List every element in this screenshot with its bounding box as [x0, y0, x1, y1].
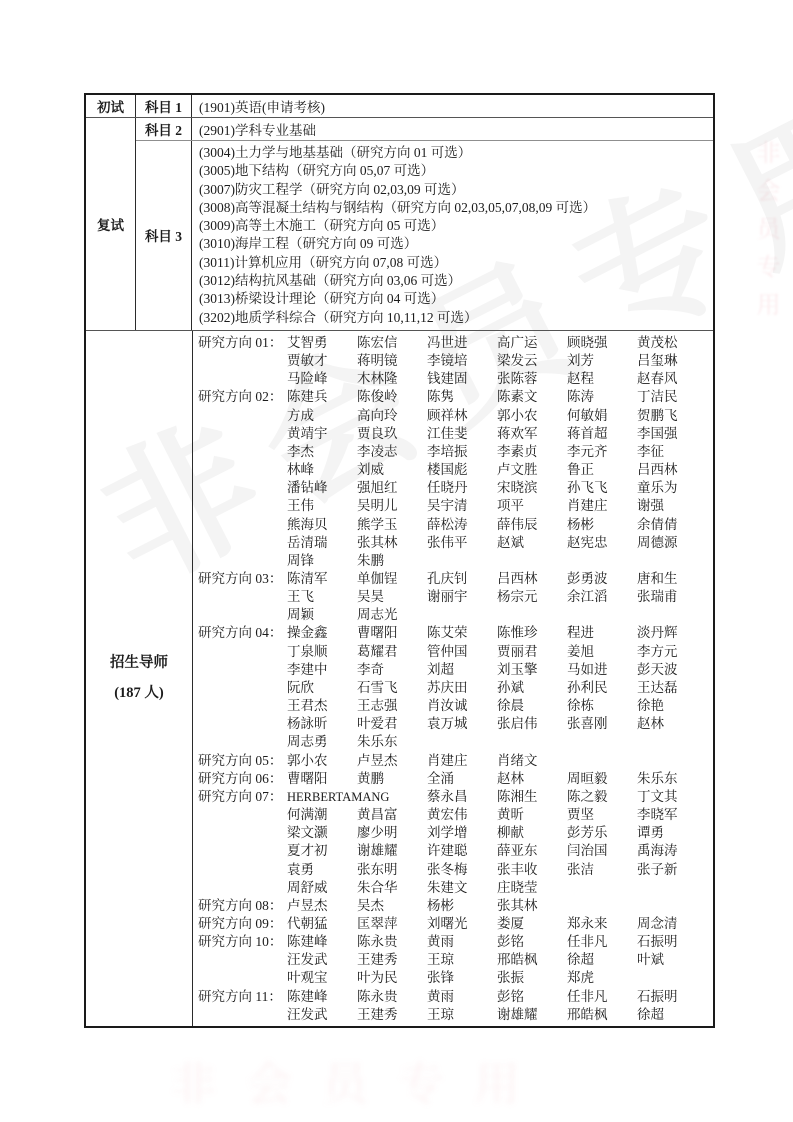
supervisor-name-row: 周颖周志光 — [287, 606, 713, 624]
subject1-label: 科目 1 — [136, 95, 192, 117]
supervisor-name: 张洁 — [567, 861, 637, 879]
subject3-item: (3005)地下结构（研究方向 05,07 可选） — [199, 162, 596, 180]
research-direction: 研究方向 10：陈建峰陈永贵黄雨彭铭任非凡石振明汪发武王建秀王琼邢皓枫徐超叶斌叶… — [198, 933, 713, 987]
supervisor-name: 薛亚东 — [497, 842, 567, 860]
supervisor-name: 朱建文 — [427, 879, 497, 897]
supervisor-name: 石振明 — [637, 933, 707, 951]
supervisor-name: 张瑞甫 — [637, 588, 707, 606]
supervisor-name: 陈之毅 — [567, 788, 637, 806]
supervisor-name: 江佳斐 — [427, 425, 497, 443]
research-direction-label: 研究方向 11： — [198, 988, 287, 1006]
research-direction: 研究方向 03：陈清军单伽锃孔庆钊吕西林彭勇波唐和生王飞吴昊谢丽宇杨宗元余江滔张… — [198, 570, 713, 624]
supervisor-name-row: 岳清瑞张其林张伟平赵斌赵宪忠周德源 — [287, 534, 713, 552]
supervisor-name: 卢文胜 — [497, 461, 567, 479]
research-direction-label: 研究方向 09： — [198, 915, 287, 933]
supervisor-name: 肖汝诚 — [427, 697, 497, 715]
supervisor-name: 郑虎 — [567, 969, 637, 987]
supervisor-name: 李镜培 — [427, 352, 497, 370]
supervisor-name: 李国强 — [637, 425, 707, 443]
supervisor-name: 庄晓莹 — [497, 879, 567, 897]
supervisor-name: 黄靖宇 — [287, 425, 357, 443]
supervisor-name: 陈涛 — [567, 388, 637, 406]
supervisor-name: 邢皓枫 — [497, 951, 567, 969]
supervisor-name: 孙斌 — [497, 679, 567, 697]
supervisor-name-row: 黄靖宇贾良玖江佳斐蒋欢军蒋首超李国强 — [287, 425, 713, 443]
subject3-item: (3010)海岸工程（研究方向 09 可选） — [199, 235, 596, 253]
subject3-item: (3004)土力学与地基基础（研究方向 01 可选） — [199, 144, 596, 162]
supervisor-name-row: 陈清军单伽锃孔庆钊吕西林彭勇波唐和生 — [287, 570, 713, 588]
supervisor-name: 吴明儿 — [357, 497, 427, 515]
research-direction-label: 研究方向 04： — [198, 624, 287, 642]
supervisor-name-row: 艾智勇陈宏信冯世进高广运顾晓强黄茂松 — [287, 334, 713, 352]
supervisor-name: 汪发武 — [287, 1006, 357, 1024]
supervisor-name: 熊海贝 — [287, 516, 357, 534]
supervisor-name: 周锋 — [287, 552, 357, 570]
supervisor-name: 陈清军 — [287, 570, 357, 588]
supervisor-name: 郭小农 — [497, 407, 567, 425]
supervisor-name-row: 操金鑫曹曙阳陈艾荣陈惟珍程进淡丹辉 — [287, 624, 713, 642]
supervisor-name: 项平 — [497, 497, 567, 515]
supervisor-name: 熊学玉 — [357, 516, 427, 534]
supervisor-name: 娄厦 — [497, 915, 567, 933]
supervisor-name: 张丰收 — [497, 861, 567, 879]
supervisor-name: 赵春风 — [637, 370, 707, 388]
supervisor-name: 贾坚 — [567, 806, 637, 824]
supervisor-name: 任非凡 — [567, 988, 637, 1006]
supervisor-name: 程进 — [567, 624, 637, 642]
supervisor-name-row: 卢昱杰吴杰杨彬张其林 — [287, 897, 713, 915]
supervisor-name: 叶爱君 — [357, 715, 427, 733]
supervisor-name: 卢昱杰 — [287, 897, 357, 915]
supervisor-name: 吕西林 — [637, 461, 707, 479]
supervisor-name: 蒋首超 — [567, 425, 637, 443]
supervisor-name: 黄雨 — [427, 933, 497, 951]
supervisor-name: 彭天波 — [637, 661, 707, 679]
supervisor-name-row: 陈建峰陈永贵黄雨彭铭任非凡石振明 — [287, 933, 713, 951]
supervisor-name: 杨宗元 — [497, 588, 567, 606]
exam-subjects-table: 初试 科目 1 (1901)英语(申请考核) 复试 科目 2 (2901)学科专… — [84, 93, 715, 1028]
supervisor-name: 周舒威 — [287, 879, 357, 897]
supervisor-name: 陈惟珍 — [497, 624, 567, 642]
supervisor-name: 贺鹏飞 — [637, 407, 707, 425]
supervisor-name: 彭芳乐 — [567, 824, 637, 842]
supervisor-name: HERBERTAMANG — [287, 788, 427, 806]
supervisor-name: 顾祥林 — [427, 407, 497, 425]
supervisor-name-row: 郭小农卢昱杰肖建庄肖绪文 — [287, 752, 713, 770]
supervisor-name: 何满潮 — [287, 806, 357, 824]
subject3-item: (3011)计算机应用（研究方向 07,08 可选） — [199, 254, 596, 272]
supervisor-name: 石振明 — [637, 988, 707, 1006]
supervisor-name-row: 周志勇朱乐东 — [287, 733, 713, 751]
supervisor-name: 王飞 — [287, 588, 357, 606]
supervisor-name: 操金鑫 — [287, 624, 357, 642]
supervisor-name: 袁万城 — [427, 715, 497, 733]
supervisor-name: 黄雨 — [427, 988, 497, 1006]
supervisor-name: 柳献 — [497, 824, 567, 842]
supervisor-name: 谭勇 — [637, 824, 707, 842]
supervisor-name-row: 李杰李凌志李培振李素贞李元齐李征 — [287, 443, 713, 461]
supervisor-name: 管仲国 — [427, 643, 497, 661]
supervisor-name: 王达磊 — [637, 679, 707, 697]
supervisor-name: 张伟平 — [427, 534, 497, 552]
research-direction: 研究方向 06：曹曙阳黄鹏全涌赵林周晅毅朱乐东 — [198, 770, 713, 788]
supervisor-name: 梁文灏 — [287, 824, 357, 842]
supervisor-name: 曹曙阳 — [357, 624, 427, 642]
supervisor-name: 任晓丹 — [427, 479, 497, 497]
supervisor-name-row: 王飞吴昊谢丽宇杨宗元余江滔张瑞甫 — [287, 588, 713, 606]
supervisor-name: 卢昱杰 — [357, 752, 427, 770]
supervisor-name: 周志勇 — [287, 733, 357, 751]
supervisor-name: 李培振 — [427, 443, 497, 461]
supervisor-name: 王琼 — [427, 951, 497, 969]
subject3-item: (3008)高等混凝土结构与钢结构（研究方向 02,03,05,07,08,09… — [199, 199, 596, 217]
supervisor-name: 贾敏才 — [287, 352, 357, 370]
supervisor-name: 陈宏信 — [357, 334, 427, 352]
supervisor-name: 肖建庄 — [567, 497, 637, 515]
supervisor-name: 木林隆 — [357, 370, 427, 388]
supervisor-name: 蒋欢军 — [497, 425, 567, 443]
supervisor-name-row: 马险峰木林隆钱建固张陈蓉赵程赵春风 — [287, 370, 713, 388]
supervisor-name: 徐艳 — [637, 697, 707, 715]
supervisor-name: 刘超 — [427, 661, 497, 679]
supervisor-name: 王伟 — [287, 497, 357, 515]
reexam-label: 复试 — [86, 118, 136, 330]
supervisor-name: 赵斌 — [497, 534, 567, 552]
supervisor-name: 廖少明 — [357, 824, 427, 842]
supervisor-name: 刘玉擎 — [497, 661, 567, 679]
research-direction-label: 研究方向 10： — [198, 933, 287, 951]
supervisor-name: 曹曙阳 — [287, 770, 357, 788]
supervisor-name: 苏庆田 — [427, 679, 497, 697]
supervisor-name-row: 王君杰王志强肖汝诚徐晨徐栋徐艳 — [287, 697, 713, 715]
supervisor-name: 朱合华 — [357, 879, 427, 897]
supervisor-name: 陈隽 — [427, 388, 497, 406]
supervisor-name: 叶为民 — [357, 969, 427, 987]
supervisor-name: 丁文其 — [637, 788, 707, 806]
supervisor-name: 李杰 — [287, 443, 357, 461]
supervisor-name: 陈素文 — [497, 388, 567, 406]
supervisor-name: 周晅毅 — [567, 770, 637, 788]
supervisor-name: 马险峰 — [287, 370, 357, 388]
supervisor-name: 刘曙光 — [427, 915, 497, 933]
supervisor-name: 楼国彪 — [427, 461, 497, 479]
supervisor-name: 杨彬 — [567, 516, 637, 534]
supervisor-name: 代朝猛 — [287, 915, 357, 933]
supervisor-name: 艾智勇 — [287, 334, 357, 352]
subject3-item: (3007)防灾工程学（研究方向 02,03,09 可选） — [199, 181, 596, 199]
supervisor-name: 方成 — [287, 407, 357, 425]
supervisor-name: 徐栋 — [567, 697, 637, 715]
supervisor-name: 陈湘生 — [497, 788, 567, 806]
supervisor-name: 吴宇清 — [427, 497, 497, 515]
supervisor-name: 周志光 — [357, 606, 427, 624]
supervisor-name: 朱乐东 — [357, 733, 427, 751]
subject1-content: (1901)英语(申请考核) — [192, 95, 713, 117]
supervisor-name: 鲁正 — [567, 461, 637, 479]
supervisor-name: 谢雄耀 — [497, 1006, 567, 1024]
supervisor-name: 陈永贵 — [357, 933, 427, 951]
supervisor-name: 淡丹辉 — [637, 624, 707, 642]
supervisor-name: 肖建庄 — [427, 752, 497, 770]
research-direction-label: 研究方向 07： — [198, 788, 287, 806]
supervisor-name: 黄茂松 — [637, 334, 707, 352]
research-direction: 研究方向 04：操金鑫曹曙阳陈艾荣陈惟珍程进淡丹辉丁泉顺葛耀君管仲国贾丽君姜旭李… — [198, 624, 713, 751]
supervisor-name: 徐超 — [637, 1006, 707, 1024]
subject3-item: (3012)结构抗风基础（研究方向 03,06 可选） — [199, 272, 596, 290]
supervisor-name: 许建聪 — [427, 842, 497, 860]
supervisor-name: 陈俊岭 — [357, 388, 427, 406]
supervisor-name: 岳清瑞 — [287, 534, 357, 552]
supervisor-name: 叶斌 — [637, 951, 707, 969]
supervisor-name: 王志强 — [357, 697, 427, 715]
supervisor-name-row: 梁文灏廖少明刘学增柳献彭芳乐谭勇 — [287, 824, 713, 842]
supervisor-name: 郑永来 — [567, 915, 637, 933]
supervisor-name-row: 代朝猛匡翠萍刘曙光娄厦郑永来周念清 — [287, 915, 713, 933]
supervisor-name-row: 阮欣石雪飞苏庆田孙斌孙利民王达磊 — [287, 679, 713, 697]
supervisor-name-row: 叶观宝叶为民张锋张振郑虎 — [287, 969, 713, 987]
supervisor-name: 阮欣 — [287, 679, 357, 697]
supervisors-count: (187 人) — [114, 678, 164, 708]
supervisor-name: 郭小农 — [287, 752, 357, 770]
initial-exam-label: 初试 — [86, 95, 136, 117]
supervisor-name-row: 丁泉顺葛耀君管仲国贾丽君姜旭李方元 — [287, 643, 713, 661]
supervisor-name: 周念清 — [637, 915, 707, 933]
supervisor-name: 王建秀 — [357, 1006, 427, 1024]
supervisor-name: 吴杰 — [357, 897, 427, 915]
supervisor-name: 赵宪忠 — [567, 534, 637, 552]
research-direction: 研究方向 08：卢昱杰吴杰杨彬张其林 — [198, 897, 713, 915]
supervisor-name-row: 袁勇张东明张冬梅张丰收张洁张子新 — [287, 861, 713, 879]
supervisor-name-row: 王伟吴明儿吴宇清项平肖建庄谢强 — [287, 497, 713, 515]
supervisor-name-row: 林峰刘威楼国彪卢文胜鲁正吕西林 — [287, 461, 713, 479]
research-direction: 研究方向 05：郭小农卢昱杰肖建庄肖绪文 — [198, 752, 713, 770]
research-direction: 研究方向 01：艾智勇陈宏信冯世进高广运顾晓强黄茂松贾敏才蒋明镜李镜培梁发云刘芳… — [198, 334, 713, 388]
supervisor-name: 高向玲 — [357, 407, 427, 425]
supervisor-name: 陈建兵 — [287, 388, 357, 406]
supervisor-name: 贾丽君 — [497, 643, 567, 661]
supervisor-name: 黄鹏 — [357, 770, 427, 788]
supervisor-name: 朱乐东 — [637, 770, 707, 788]
supervisor-name: 刘威 — [357, 461, 427, 479]
supervisor-name-row: 方成高向玲顾祥林郭小农何敏娟贺鹏飞 — [287, 407, 713, 425]
research-direction: 研究方向 09：代朝猛匡翠萍刘曙光娄厦郑永来周念清 — [198, 915, 713, 933]
row-supervisors: 招生导师 (187 人) 研究方向 01：艾智勇陈宏信冯世进高广运顾晓强黄茂松贾… — [86, 331, 713, 1026]
supervisor-name: 孙飞飞 — [567, 479, 637, 497]
supervisor-name: 蒋明镜 — [357, 352, 427, 370]
supervisor-name: 周颖 — [287, 606, 357, 624]
supervisor-name-row: 何满潮黄昌富黄宏伟黄昕贾坚李晓军 — [287, 806, 713, 824]
supervisor-name: 张东明 — [357, 861, 427, 879]
supervisor-name: 闫治国 — [567, 842, 637, 860]
supervisor-name: 吕玺琳 — [637, 352, 707, 370]
supervisor-name: 王建秀 — [357, 951, 427, 969]
subject3-item: (3202)地质学科综合（研究方向 10,11,12 可选） — [199, 309, 596, 327]
supervisor-name: 赵林 — [497, 770, 567, 788]
supervisor-name: 任非凡 — [567, 933, 637, 951]
supervisor-name: 林峰 — [287, 461, 357, 479]
supervisor-name: 谢强 — [637, 497, 707, 515]
supervisor-name-row: 潘钻峰强旭红任晓丹宋晓滨孙飞飞童乐为 — [287, 479, 713, 497]
supervisor-name: 赵林 — [637, 715, 707, 733]
supervisor-name: 李凌志 — [357, 443, 427, 461]
subject3-label: 科目 3 — [136, 141, 192, 330]
supervisor-name-row: 陈建峰陈永贵黄雨彭铭任非凡石振明 — [287, 988, 713, 1006]
row-subject2: 科目 2 (2901)学科专业基础 — [136, 118, 713, 141]
supervisor-name: 夏才初 — [287, 842, 357, 860]
supervisor-name: 谢雄耀 — [357, 842, 427, 860]
supervisor-name: 高广运 — [497, 334, 567, 352]
supervisor-name: 张其林 — [497, 897, 567, 915]
research-direction-label: 研究方向 06： — [198, 770, 287, 788]
supervisor-name: 张锋 — [427, 969, 497, 987]
supervisor-name: 贾良玖 — [357, 425, 427, 443]
subject2-content: (2901)学科专业基础 — [192, 118, 713, 140]
supervisor-name-row: 汪发武王建秀王琼谢雄耀邢皓枫徐超 — [287, 1006, 713, 1024]
supervisor-name: 李素贞 — [497, 443, 567, 461]
subject3-item: (3009)高等土木施工（研究方向 05 可选） — [199, 217, 596, 235]
supervisor-name-row: 周锋朱鹏 — [287, 552, 713, 570]
supervisor-name: 余江滔 — [567, 588, 637, 606]
supervisor-name: 童乐为 — [637, 479, 707, 497]
supervisor-name-row: 熊海贝熊学玉薛松涛薛伟辰杨彬余倩倩 — [287, 516, 713, 534]
supervisor-name: 丁洁民 — [637, 388, 707, 406]
supervisor-name: 李元齐 — [567, 443, 637, 461]
supervisor-name: 余倩倩 — [637, 516, 707, 534]
research-direction-label: 研究方向 02： — [198, 388, 287, 406]
supervisor-name-row: 汪发武王建秀王琼邢皓枫徐超叶斌 — [287, 951, 713, 969]
supervisor-name: 彭铭 — [497, 933, 567, 951]
supervisor-name: 徐超 — [567, 951, 637, 969]
research-direction: 研究方向 11：陈建峰陈永贵黄雨彭铭任非凡石振明汪发武王建秀王琼谢雄耀邢皓枫徐超 — [198, 988, 713, 1024]
research-direction: 研究方向 07：HERBERTAMANG蔡永昌陈湘生陈之毅丁文其何满潮黄昌富黄宏… — [198, 788, 713, 897]
document-page: 非会员专用 非会员专用 非会员专用 初试 科目 1 (1901)英语(申请考核)… — [0, 0, 793, 1122]
supervisor-name: 赵程 — [567, 370, 637, 388]
supervisor-name: 全涌 — [427, 770, 497, 788]
supervisor-name: 张陈蓉 — [497, 370, 567, 388]
supervisor-name: 吴昊 — [357, 588, 427, 606]
supervisor-name: 钱建固 — [427, 370, 497, 388]
supervisors-label: 招生导师 (187 人) — [86, 331, 193, 1026]
supervisor-name: 张子新 — [637, 861, 707, 879]
supervisor-name: 李方元 — [637, 643, 707, 661]
supervisor-name: 丁泉顺 — [287, 643, 357, 661]
supervisor-name: 匡翠萍 — [357, 915, 427, 933]
supervisor-name: 陈建峰 — [287, 988, 357, 1006]
supervisor-name: 徐晨 — [497, 697, 567, 715]
supervisor-name: 张其林 — [357, 534, 427, 552]
supervisor-name-row: 陈建兵陈俊岭陈隽陈素文陈涛丁洁民 — [287, 388, 713, 406]
research-direction-label: 研究方向 01： — [198, 334, 287, 352]
supervisor-name: 马如进 — [567, 661, 637, 679]
research-directions-list: 研究方向 01：艾智勇陈宏信冯世进高广运顾晓强黄茂松贾敏才蒋明镜李镜培梁发云刘芳… — [193, 331, 713, 1026]
supervisor-name: 顾晓强 — [567, 334, 637, 352]
row-subject3: 科目 3 (3004)土力学与地基基础（研究方向 01 可选）(3005)地下结… — [136, 141, 713, 330]
supervisor-name: 陈艾荣 — [427, 624, 497, 642]
row-initial-exam: 初试 科目 1 (1901)英语(申请考核) — [86, 95, 713, 118]
supervisor-name: 石雪飞 — [357, 679, 427, 697]
supervisor-name-row: 周舒威朱合华朱建文庄晓莹 — [287, 879, 713, 897]
subject2-label: 科目 2 — [136, 118, 192, 140]
supervisor-name: 袁勇 — [287, 861, 357, 879]
supervisor-name-row: 杨詠昕叶爱君袁万城张启伟张喜刚赵林 — [287, 715, 713, 733]
supervisor-name: 杨彬 — [427, 897, 497, 915]
supervisor-name: 刘芳 — [567, 352, 637, 370]
supervisor-name: 王君杰 — [287, 697, 357, 715]
supervisor-name: 孔庆钊 — [427, 570, 497, 588]
supervisor-name: 张启伟 — [497, 715, 567, 733]
supervisor-name: 邢皓枫 — [567, 1006, 637, 1024]
supervisor-name: 宋晓滨 — [497, 479, 567, 497]
supervisor-name: 彭勇波 — [567, 570, 637, 588]
supervisor-name: 冯世进 — [427, 334, 497, 352]
subject3-item: (3013)桥梁设计理论（研究方向 04 可选） — [199, 290, 596, 308]
supervisor-name: 黄宏伟 — [427, 806, 497, 824]
supervisor-name: 强旭红 — [357, 479, 427, 497]
supervisor-name: 谢丽宇 — [427, 588, 497, 606]
supervisor-name: 黄昕 — [497, 806, 567, 824]
supervisor-name-row: HERBERTAMANG蔡永昌陈湘生陈之毅丁文其 — [287, 788, 713, 806]
supervisor-name-row: 贾敏才蒋明镜李镜培梁发云刘芳吕玺琳 — [287, 352, 713, 370]
supervisor-name: 肖绪文 — [497, 752, 567, 770]
supervisor-name: 蔡永昌 — [427, 788, 497, 806]
supervisor-name: 周德源 — [637, 534, 707, 552]
supervisor-name: 朱鹏 — [357, 552, 427, 570]
supervisor-name: 薛伟辰 — [497, 516, 567, 534]
research-direction-label: 研究方向 03： — [198, 570, 287, 588]
supervisor-name-row: 李建中李奇刘超刘玉擎马如进彭天波 — [287, 661, 713, 679]
supervisor-name: 张喜刚 — [567, 715, 637, 733]
supervisor-name: 张振 — [497, 969, 567, 987]
research-direction: 研究方向 02：陈建兵陈俊岭陈隽陈素文陈涛丁洁民方成高向玲顾祥林郭小农何敏娟贺鹏… — [198, 388, 713, 570]
supervisor-name: 吕西林 — [497, 570, 567, 588]
supervisor-name: 梁发云 — [497, 352, 567, 370]
supervisor-name: 王琼 — [427, 1006, 497, 1024]
supervisor-name: 孙利民 — [567, 679, 637, 697]
row-reexam-group: 复试 科目 2 (2901)学科专业基础 科目 3 (3004)土力学与地基基础… — [86, 118, 713, 331]
supervisor-name: 禹海涛 — [637, 842, 707, 860]
supervisor-name: 刘学增 — [427, 824, 497, 842]
watermark-right-edge: 非会员专用 — [748, 140, 783, 330]
supervisor-name: 何敏娟 — [567, 407, 637, 425]
supervisor-name: 唐和生 — [637, 570, 707, 588]
supervisor-name: 陈永贵 — [357, 988, 427, 1006]
subject3-item-list: (3004)土力学与地基基础（研究方向 01 可选）(3005)地下结构（研究方… — [192, 141, 596, 330]
supervisors-label-line1: 招生导师 — [110, 648, 168, 678]
supervisor-name: 潘钻峰 — [287, 479, 357, 497]
supervisor-name: 李奇 — [357, 661, 427, 679]
supervisor-name: 陈建峰 — [287, 933, 357, 951]
supervisor-name-row: 夏才初谢雄耀许建聪薛亚东闫治国禹海涛 — [287, 842, 713, 860]
supervisor-name: 杨詠昕 — [287, 715, 357, 733]
supervisor-name: 彭铭 — [497, 988, 567, 1006]
supervisor-name: 姜旭 — [567, 643, 637, 661]
supervisor-name: 薛松涛 — [427, 516, 497, 534]
watermark-bottom: 非会员专用 — [170, 1048, 550, 1114]
research-direction-label: 研究方向 05： — [198, 752, 287, 770]
supervisor-name-row: 曹曙阳黄鹏全涌赵林周晅毅朱乐东 — [287, 770, 713, 788]
supervisor-name: 李征 — [637, 443, 707, 461]
supervisor-name: 叶观宝 — [287, 969, 357, 987]
supervisor-name: 李建中 — [287, 661, 357, 679]
supervisor-name: 汪发武 — [287, 951, 357, 969]
research-direction-label: 研究方向 08： — [198, 897, 287, 915]
supervisor-name: 葛耀君 — [357, 643, 427, 661]
supervisor-name: 张冬梅 — [427, 861, 497, 879]
supervisor-name: 单伽锃 — [357, 570, 427, 588]
supervisor-name: 黄昌富 — [357, 806, 427, 824]
supervisor-name: 李晓军 — [637, 806, 707, 824]
